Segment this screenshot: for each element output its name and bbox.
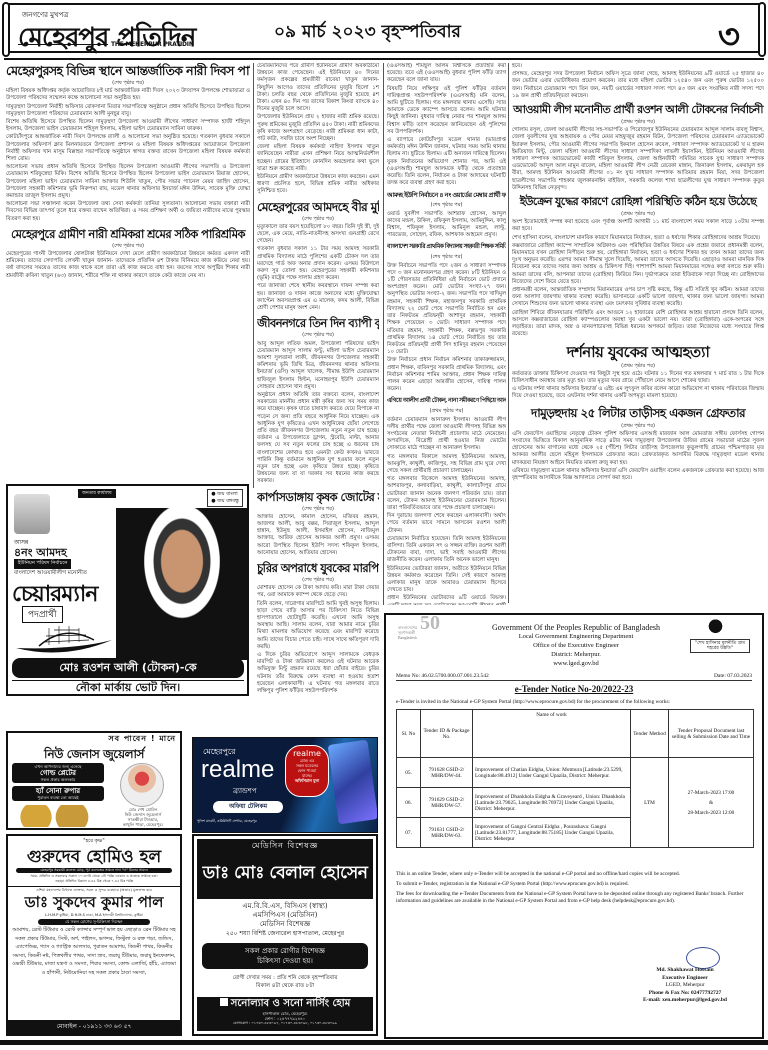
continued-label: (শেষ পৃষ্ঠার পর)	[257, 216, 379, 223]
clinic-name-text: সনোল্যাব ও সনো নার্সিং হোম	[231, 998, 351, 1009]
masthead-rule	[18, 44, 108, 45]
signer-org: LGED, Meherpur	[620, 982, 750, 990]
newspaper-title: মেহেরপুর প্রতিদিন	[18, 17, 195, 61]
signer-name: Md. Shakhawat Hossain	[620, 967, 750, 975]
homeo-degrees: L.H.M.P কুষ্টিয়া, D.H.M.S ঢাকা, M.A ইসল…	[8, 912, 180, 918]
article-paragraph: গত মঙ্গলবার বিকালে আমদহ ইউনিয়নের আমদহ, …	[387, 454, 506, 476]
continued-label: (শেষ পৃষ্ঠার পর)	[387, 202, 506, 209]
candidate-name: মোঃ রওশন আলী (টোকন)-কে	[12, 658, 244, 678]
office-name: Office of the Executive Engineer	[456, 641, 696, 650]
schedule-line: রোগী দেখার সময় : প্রতি শনি থেকে বৃহস্পত…	[194, 974, 376, 982]
cell-sl: 05.	[397, 758, 421, 788]
service-line: সকল প্রকার রোগীর বিশেষজ্ঞ	[202, 946, 368, 956]
clinic-contact: যোগাযোগ : ০১৭৩০-৪৮৩০৯৭, ০১৭৩০-৪৮৩০৯৮, ০১…	[197, 1021, 373, 1026]
district-name: District: Meherpur.	[456, 650, 696, 659]
column-middle: চেয়ারম্যানদের পরে গ্রামীণ ইউনিয়নে গ্রা…	[257, 63, 379, 711]
continued-label: (প্রথম পৃষ্ঠার পর)	[512, 119, 764, 126]
doctor-service-box: সকল প্রকার রোগীর বিশেষজ্ঞ চিকিৎসা দেওয়া…	[202, 943, 368, 969]
signer-phone: Phone & Fax No: 02477792727	[620, 990, 750, 998]
headline: মেহেরপুরে গ্রামীণ নারী শ্রমিকরা শ্রমের স…	[6, 226, 250, 242]
cell-id: 791629 GSID-2/ MHR/DW-57.	[421, 788, 473, 818]
table-row: 05. 791628 GSID-2/ MHR/DW-44. Improvemen…	[397, 758, 754, 788]
slogan-joy-bangabandhu: ● জয় বঙ্গবন্ধু	[211, 498, 239, 505]
article-paragraph: উপজেলার ইউনিয়নে প্রায় ২ হাজার নারী শ্র…	[257, 114, 379, 143]
article-paragraph: এসি ফেরদৌস ওয়াহিদের নেতৃত্বে চৌকস পুলিশ…	[512, 431, 764, 467]
headline: আমদহ ইউপি নির্বাচনে ৪ নং ওয়ার্ডের মেম্ব…	[387, 189, 506, 201]
tender-intro: e-Tender is invited in the National e-GP…	[396, 699, 756, 705]
ad-top-label: জনতার কার্যালয়	[78, 489, 116, 498]
column-middle-right: (এএসআই) শামছুল আলম বিশ্বাসকে প্রত্যাহার …	[383, 63, 506, 605]
cell-work: Improvement of Dhankhola Eidgha & Gravey…	[473, 788, 631, 818]
article-paragraph: অনুষ্ঠানে প্রধান অতিথি তার বক্তব্যে বলেন…	[257, 392, 379, 486]
date-line: 27-March-2023 17:00	[671, 788, 751, 798]
continued-label: (শেষ পৃষ্ঠার পর)	[6, 243, 250, 250]
article-paragraph: এ ঘটনায় দর্শনা থানার অফিসার ইনচার্জ এ এ…	[512, 386, 764, 400]
logo-text: Bangladesh	[398, 635, 438, 640]
jewellers-ad: সব পাবেন ! মানে নিউ জেনাস জুয়েলার্স এখন…	[6, 731, 182, 830]
dept-name: Local Government Engineering Department	[456, 632, 696, 641]
article-paragraph: আলোচনা সভায় প্রধান অতিথি হিসেবে উপস্থিত…	[6, 164, 250, 200]
col-header: Tender Proposal Document last selling & …	[669, 710, 754, 758]
tender-table: Sl. No Tender ID & Package No. Name of w…	[396, 709, 754, 848]
article-paragraph: হবে।	[512, 63, 764, 70]
issue-date: ০৯ মার্চ ২০২৩ বৃহস্পতিবার	[274, 19, 461, 47]
tender-header: Government Of the Peoples Republic of Ba…	[456, 623, 696, 668]
degree-line: মেডিসিন বিশেষজ্ঞ	[194, 920, 376, 929]
election-label: ইউনিয়ন পরিষদ নির্বাচনে	[14, 559, 71, 569]
column-right: হবে। প্রসঙ্গত, মেহেরপুর সদর উপজেলা নির্ব…	[512, 63, 764, 603]
clinic-box: সনোল্যাব ও সনো নার্সিং হোম হাসপাতাল রোড,…	[197, 997, 373, 1031]
doctor-specialty: মেডিসিন বিশেষজ্ঞ	[197, 839, 373, 853]
signer-email[interactable]: E-mail: xen.meherpur@lged.gov.bd	[620, 997, 750, 1005]
cell-id: 791631 GSID-2/ MHR/DW-63.	[421, 818, 473, 848]
pm-photo	[14, 494, 50, 534]
cell-sl: 06.	[397, 788, 421, 818]
mujib-portrait	[705, 619, 735, 637]
column-divider	[253, 63, 254, 488]
headline: বাংলাদেশ সরকারি প্রাথমিক বিদ্যালয় সহকার…	[387, 241, 506, 253]
homeo-services: আমাশয়, ব্রেস্ট টিউমার ও ব্রেস্ট ক্যান্স…	[8, 926, 180, 977]
headline: এগিয়ে আলীগ প্রার্থী টোকন, নানা সমীকরণে …	[387, 395, 506, 407]
article-paragraph: আক্তার হোসেন, কামাল হোসেন, মজিবর রহমান, …	[257, 514, 379, 557]
headline: দর্শনায় যুবকের আত্মহত্যা	[512, 342, 764, 362]
headline: আওয়ামী লীগ মনোনীত প্রার্থী রওশন আলী টোক…	[512, 102, 764, 118]
memo-date: Date: 07.03.2023	[714, 672, 752, 680]
scroll-ornament-right	[758, 2, 766, 57]
clinic-name: সনোল্যাব ও সনো নার্সিং হোম	[197, 997, 373, 1011]
offer-title: গোল্ড প্লেটের	[13, 769, 103, 777]
signer-block: Md. Shakhawat Hossain Executive Engineer…	[620, 967, 750, 1005]
slogan-text: জয় বঙ্গবন্ধু	[217, 498, 239, 504]
vote-appeal: নৌকা মার্কায় ভোট দিন।	[12, 680, 244, 694]
date-sep: &	[671, 798, 751, 808]
realme-ad: মেহেরপুরে realme ব্র্যান্ডশপ realme ব্র্…	[192, 737, 378, 833]
article-paragraph: আবু আব্দুল লতিফ অমল, উপজেলা পরিষদের ভাইস…	[257, 341, 379, 391]
jubilee-logo: বাংলাদেশের সুবর্ণজয়ন্তী Bangladesh 50	[398, 625, 438, 655]
article-paragraph: গত মঙ্গলবার বিকেলে আমদহ ইউনিয়নের আমদহ, …	[387, 476, 506, 512]
col-header: Sl. No	[397, 710, 421, 758]
article-paragraph: কোটচাঁদপুরে আন্তর্জাতিক নারী দিবস উপলক্ষ…	[6, 134, 250, 163]
article-paragraph: প্রসঙ্গত, মেহেরপুর সদর উপজেলা নির্বাচন অ…	[512, 71, 764, 100]
doctor-ad: মেডিসিন বিশেষজ্ঞ ডাঃ মোঃ বেলাল হোসেন এম.…	[192, 834, 378, 1036]
blessing: "হরে কৃষ্ণ"	[8, 838, 180, 846]
service-line: চিকিৎসা দেওয়া হয়।	[202, 956, 368, 966]
mujib-quote: "শেখ হাসিনার মূলনীতি গ্রাম শহরের উন্নতি"	[690, 639, 750, 653]
article-paragraph: কক্সবাজারে রোহিঙ্গা ক্যাম্পে সাম্প্রতিক …	[512, 243, 764, 286]
cell-id: 791628 GSID-2/ MHR/DW-44.	[421, 758, 473, 788]
article-paragraph: জেলা মহিলা বিষয়ক কর্মকর্তা নাহিদা ইসলাম…	[257, 144, 379, 173]
cell-sl: 07.	[397, 818, 421, 848]
article-paragraph: এবিষয়ে দামুড়হুদা মডেল থানার অফিসার ইনচ…	[512, 468, 764, 482]
article-paragraph: পরে জানাজা শেষে স্থানীয় কবরস্থানে দাফন …	[257, 283, 379, 312]
article-paragraph: মহিলা বিষয়ক অধিদপ্তর কর্তৃক আয়োজিত ৮ই …	[6, 88, 250, 102]
article-paragraph: চেয়ারম্যান নির্বাচিত হয়েছেন। তিনি আমদহ…	[387, 536, 506, 565]
article-paragraph: মৃত্যুকালে তার বয়স হয়েছিলো ৮০ বছর। তিন…	[257, 224, 379, 246]
homeo-doctor: ডাঃ সুকদেব কুমার পাল	[8, 893, 180, 912]
shop-name: অফিয়া টেলিকম	[213, 801, 283, 813]
gov-name: Government Of the Peoples Republic of Ba…	[456, 623, 696, 632]
continued-label: (শেষ পৃষ্ঠার পর)	[257, 332, 379, 339]
slogan-joy-bangla: ● জয় বাংলা	[211, 491, 239, 498]
article-paragraph: আলোচনা সভা সঞ্চালনা করেন উপজেলা তথ্য সেব…	[6, 201, 250, 223]
tender-note: The fees for downloading the e-Tender Do…	[396, 891, 754, 905]
article-paragraph: এ ব্যাপারে কোটচাঁদপুর মডেল থানার (ভারপ্র…	[387, 137, 506, 187]
candidate-photo	[116, 508, 248, 660]
article-paragraph: শেখ হাসিনা বলেন, বাংলাদেশ মানবিক কারণে ম…	[512, 235, 764, 242]
homeo-ad: "হরে কৃষ্ণ" গুরুদেব হোমিও হল মেহেরপুর সর…	[6, 834, 182, 1036]
slogan-box: ● জয় বাংলা ● জয় বঙ্গবন্ধু	[207, 489, 243, 507]
headline: ইউক্রেন যুদ্ধের কারণে রোহিঙ্গা পরিস্থিতি…	[512, 194, 764, 210]
article-paragraph: ইউনিয়নের ভোটাররা জানান, অতীতে ইউনিয়নে …	[387, 566, 506, 595]
doctor-schedule: রোগী দেখার সময় : প্রতি শনি থেকে বৃহস্পত…	[194, 974, 376, 990]
owner-info: মোঃ শেখ মোমিন নিউ জেনাস জুয়েলার্স সাতক্…	[106, 807, 180, 827]
continued-label: (শেষ পৃষ্ঠার পর)	[387, 254, 506, 261]
article-paragraph: বিষয়টি নিয়ে লক্ষিপুর ওই পুলিশ ফাঁড়ির …	[387, 86, 506, 136]
realme-badge: realme ব্র্যান্ড এর সকল মডেলের ফোন পাওয়…	[285, 745, 329, 797]
continued-label: (শেষ পৃষ্ঠার পর)	[6, 80, 250, 87]
address-line: কাথুলি পাড়া, মেহেরপুর।	[106, 822, 180, 827]
headline: জীবননগরে তিন দিন ব্যাপী কৃষি মেলার উদ্বো…	[257, 315, 379, 331]
newspaper-subtitle: THE MEHERPUR PRATIDIN	[111, 41, 194, 48]
article-paragraph: ওয়ার্ড যুবলীগ সভাপতি আশরাফ হোসেন, আব্দু…	[387, 211, 506, 240]
headline: চুরির অপরাধে যুবকের মারপিটের অভিযোগ	[257, 560, 379, 576]
cell-method: LTM	[631, 758, 669, 848]
article-paragraph: (এএসআই) শামছুল আলম বিশ্বাসকে প্রত্যাহার …	[387, 63, 506, 85]
schedule-line: বিকাল ৪টা থেকে রাত ৮টা	[194, 982, 376, 990]
memo-line: Memo No: 46.02.5700.000.07.001.23.542 Da…	[396, 672, 752, 681]
headline: কার্পাসডাঙ্গায় কৃষক জোটের মাসিক সভা অনু…	[257, 489, 379, 505]
election-ad: জনতার কার্যালয় ● জয় বাংলা ● জয় বঙ্গবন…	[6, 484, 249, 696]
memo-number: Memo No: 46.02.5700.000.07.001.23.542	[396, 672, 489, 680]
badge-price: অফিসিয়াল মূল্য	[286, 778, 328, 783]
col-header: Tender Method	[631, 710, 669, 758]
col-header: Tender ID & Package No.	[421, 710, 473, 758]
article-paragraph: কর্তব্যরত ডাক্তার চিকিৎসা দেওয়ার পর কিছ…	[512, 371, 764, 385]
continued-label: (প্রথম পৃষ্ঠার পর)	[512, 363, 764, 370]
col-header: Name of work	[473, 710, 631, 758]
website-link[interactable]: www.lged.gov.bd	[456, 659, 696, 668]
article-paragraph: অংশ ইতোমধ্যেই সম্পন্ন করা হয়েছে এবং পূর…	[512, 219, 764, 233]
article-paragraph: উক্ত নির্বাচনে সভাপতি পদে ২জন ও সাধারণ স…	[387, 263, 506, 357]
offer-note: পুরাতন ব্যবস্থা তো আছেই	[13, 795, 103, 800]
article-paragraph: মোশারফ হোসেন কে টাকা আদায় করি। মারা টাক…	[257, 585, 379, 599]
headline: দামুড়হুদায় ২৫ লিটার তাড়ীসহ একজন গ্রেফ…	[512, 404, 764, 422]
continued-label: (প্রথম পৃষ্ঠার পর)	[512, 211, 764, 218]
headline: মেহেরপুরের আমদহে বীর মুক্তিযোদ্ধা আবুল ক…	[257, 199, 379, 215]
doctor-name: ডাঃ মোঃ বেলাল হোসেন	[197, 853, 373, 893]
offer-title: হ্যাঁ সোনা রুপার	[13, 787, 103, 795]
headline: মেহেরপুরসহ বিভিন্ন স্থানে আন্তর্জাতিক না…	[6, 63, 250, 79]
article-paragraph: মেহেরপুরের গাংনী উপজেলার ষোলটাকা ইউনিয়ন…	[6, 251, 250, 280]
continued-label: (শেষ পৃষ্ঠার পর)	[257, 506, 379, 513]
article-paragraph: ইউনিয়নে গ্রামীণ অবকাঠামো উন্নয়নে কাজ ক…	[257, 174, 379, 196]
article-paragraph: দিন দুরাচায় জলগণা শেষে করছেন এলাকাবাসী।…	[387, 513, 506, 535]
article-paragraph: দামুড়হুদা উপজেলা নির্বাহী অফিসার রোকসান…	[6, 104, 250, 118]
clinic-logo-icon	[220, 998, 228, 1006]
tender-note: This is an online Tender, where only e-T…	[396, 871, 754, 878]
offer-note: সকল প্রকার অলংকার	[13, 777, 103, 782]
hospital-line: ২৫০ শয্যা বিশিষ্ট জেনারেল হাসপাতাল, মেহে…	[194, 929, 376, 938]
signature-stamp-icon	[686, 947, 720, 969]
homeo-address: মেহেরপুর সরকারী কলেজ মোড়, পূর্ব কলেজের …	[16, 868, 172, 873]
article-paragraph: চেয়ারম্যানদের পরে গ্রামীণ ইউনিয়নে গ্রা…	[257, 63, 379, 113]
owner-photo	[120, 763, 164, 807]
cell-work: Improvement of Chatian Eidgha, Union: Mo…	[473, 758, 631, 788]
continued-label: (শেষ পৃষ্ঠার পর)	[257, 577, 379, 584]
offer-gold-plate: এখন আপনাদের জন্য এনেছে গোল্ড প্লেটের সকল…	[12, 763, 104, 783]
column-divider	[508, 63, 509, 603]
realme-brand: realme	[201, 756, 274, 784]
article-paragraph: বর্তমান চেয়ারম্যান আনারুল ইসলাম। আওয়াম…	[387, 417, 506, 453]
mujib-logo: "শেখ হাসিনার মূলনীতি গ্রাম শহরের উন্নতি"	[690, 619, 750, 653]
tender-title: e-Tender Notice No-20/2022-23	[386, 684, 762, 694]
doctor-degrees: এম.বি.বি.এস, বিসিএস (স্বাস্থ্য) এমসিপিএস…	[194, 902, 376, 938]
bottom-rule	[0, 1040, 768, 1045]
article-paragraph: এ দিকে চুরির অভিযোগে আব্দুস সালামকে বেধড…	[257, 652, 379, 695]
offer-gold-silver: হ্যাঁ সোনা রুপার পুরাতন ব্যবস্থা তো আছেই	[12, 786, 104, 801]
shop-address: পুলিশ মার্কেট, কমিউনিটি সেন্টার, মেহেরপু…	[197, 819, 257, 825]
tender-notice: বাংলাদেশের সুবর্ণজয়ন্তী Bangladesh 50 G…	[384, 613, 764, 1039]
badge-brand: realme	[286, 749, 328, 758]
cell-work: Improvement of Gangni Central Eidgha , P…	[473, 818, 631, 848]
tender-notes: This is an online Tender, where only e-T…	[396, 871, 754, 905]
homeo-hours-2: এছাড়া প্রতিদিন বিকাল ৪.৪৫ মিঃ থেকে ৭.৪৫…	[8, 879, 180, 887]
article-paragraph: গতকাল বুধবার সকাল ১১ টার সময় আমদহ সরকার…	[257, 246, 379, 282]
article-paragraph: বিশেষ অতিথি হিসেবে উপস্থিত ছিলেন দামুড়হ…	[6, 119, 250, 133]
jewellery-image	[16, 805, 96, 827]
continued-label: (প্রথম পৃষ্ঠার পর)	[387, 408, 506, 415]
phone-image	[328, 740, 378, 825]
top-divider	[4, 58, 764, 60]
article-paragraph: প্রধানমন্ত্রী বলেন, আন্তর্জাতিক সম্প্রদা…	[512, 287, 764, 309]
cell-dates: 27-March-2023 17:00 & 28-March-2023 12:0…	[669, 758, 754, 848]
table-header-row: Sl. No Tender ID & Package No. Name of w…	[397, 710, 754, 758]
date-line: 28-March-2023 12:00	[671, 808, 751, 818]
homeo-mobile: মোবাইল - ০১৯১১ ৩৩ ৬৩ ৫৭	[8, 1020, 180, 1034]
realme-label: ব্র্যান্ডশপ	[233, 785, 257, 797]
doctor-header: মেডিসিন বিশেষজ্ঞ ডাঃ মোঃ বেলাল হোসেন	[197, 839, 373, 899]
article-paragraph: গোলাম রসুল, জেলা আওয়ামী লীগের সহ-সভাপতি…	[512, 127, 764, 192]
homeo-pill: যে সকল রোগের সু-চিকিৎসা দিচ্ছেন	[38, 919, 150, 925]
boat-symbol-icon	[14, 620, 114, 658]
masthead: জনগণের মুখপত্র মেহেরপুর প্রতিদিন THE MEH…	[4, 3, 764, 53]
article-paragraph: উক্ত নির্বাচনে প্রধান নির্বাচন কমিশনার ত…	[387, 357, 506, 393]
scroll-ornament-left	[2, 2, 10, 57]
article-paragraph: রোহিঙ্গা শিবিরে জীবনযাত্রার পরিস্থিতি এব…	[512, 310, 764, 339]
jewellers-tagline: সব পাবেন ! মানে	[8, 733, 180, 746]
degree-line: এমসিপিএস (মেডিসিন)	[194, 911, 376, 920]
degree-line: এম.বি.বি.এস, বিসিএস (স্বাস্থ্য)	[194, 902, 376, 911]
continued-label: (প্রথম পৃষ্ঠার পর)	[512, 423, 764, 430]
homeo-name: গুরুদেব হোমিও হল	[8, 846, 180, 868]
slogan-text: জয় বাংলা	[217, 491, 238, 497]
column-left-top: মেহেরপুরসহ বিভিন্ন স্থানে আন্তর্জাতিক না…	[6, 63, 250, 481]
tender-note: To submit e-Tender, registration in the …	[396, 881, 754, 888]
article-paragraph: তিনি বলেন, দারোগার মারপিটে আমি খুবই অসুস…	[257, 601, 379, 651]
logo-number: 50	[420, 621, 440, 626]
signer-title: Executive Engineer	[620, 975, 750, 983]
article-paragraph: প্রধান ইউনিয়নের ভোটারদের ৯টি ওয়ার্ডে ব…	[387, 595, 506, 605]
